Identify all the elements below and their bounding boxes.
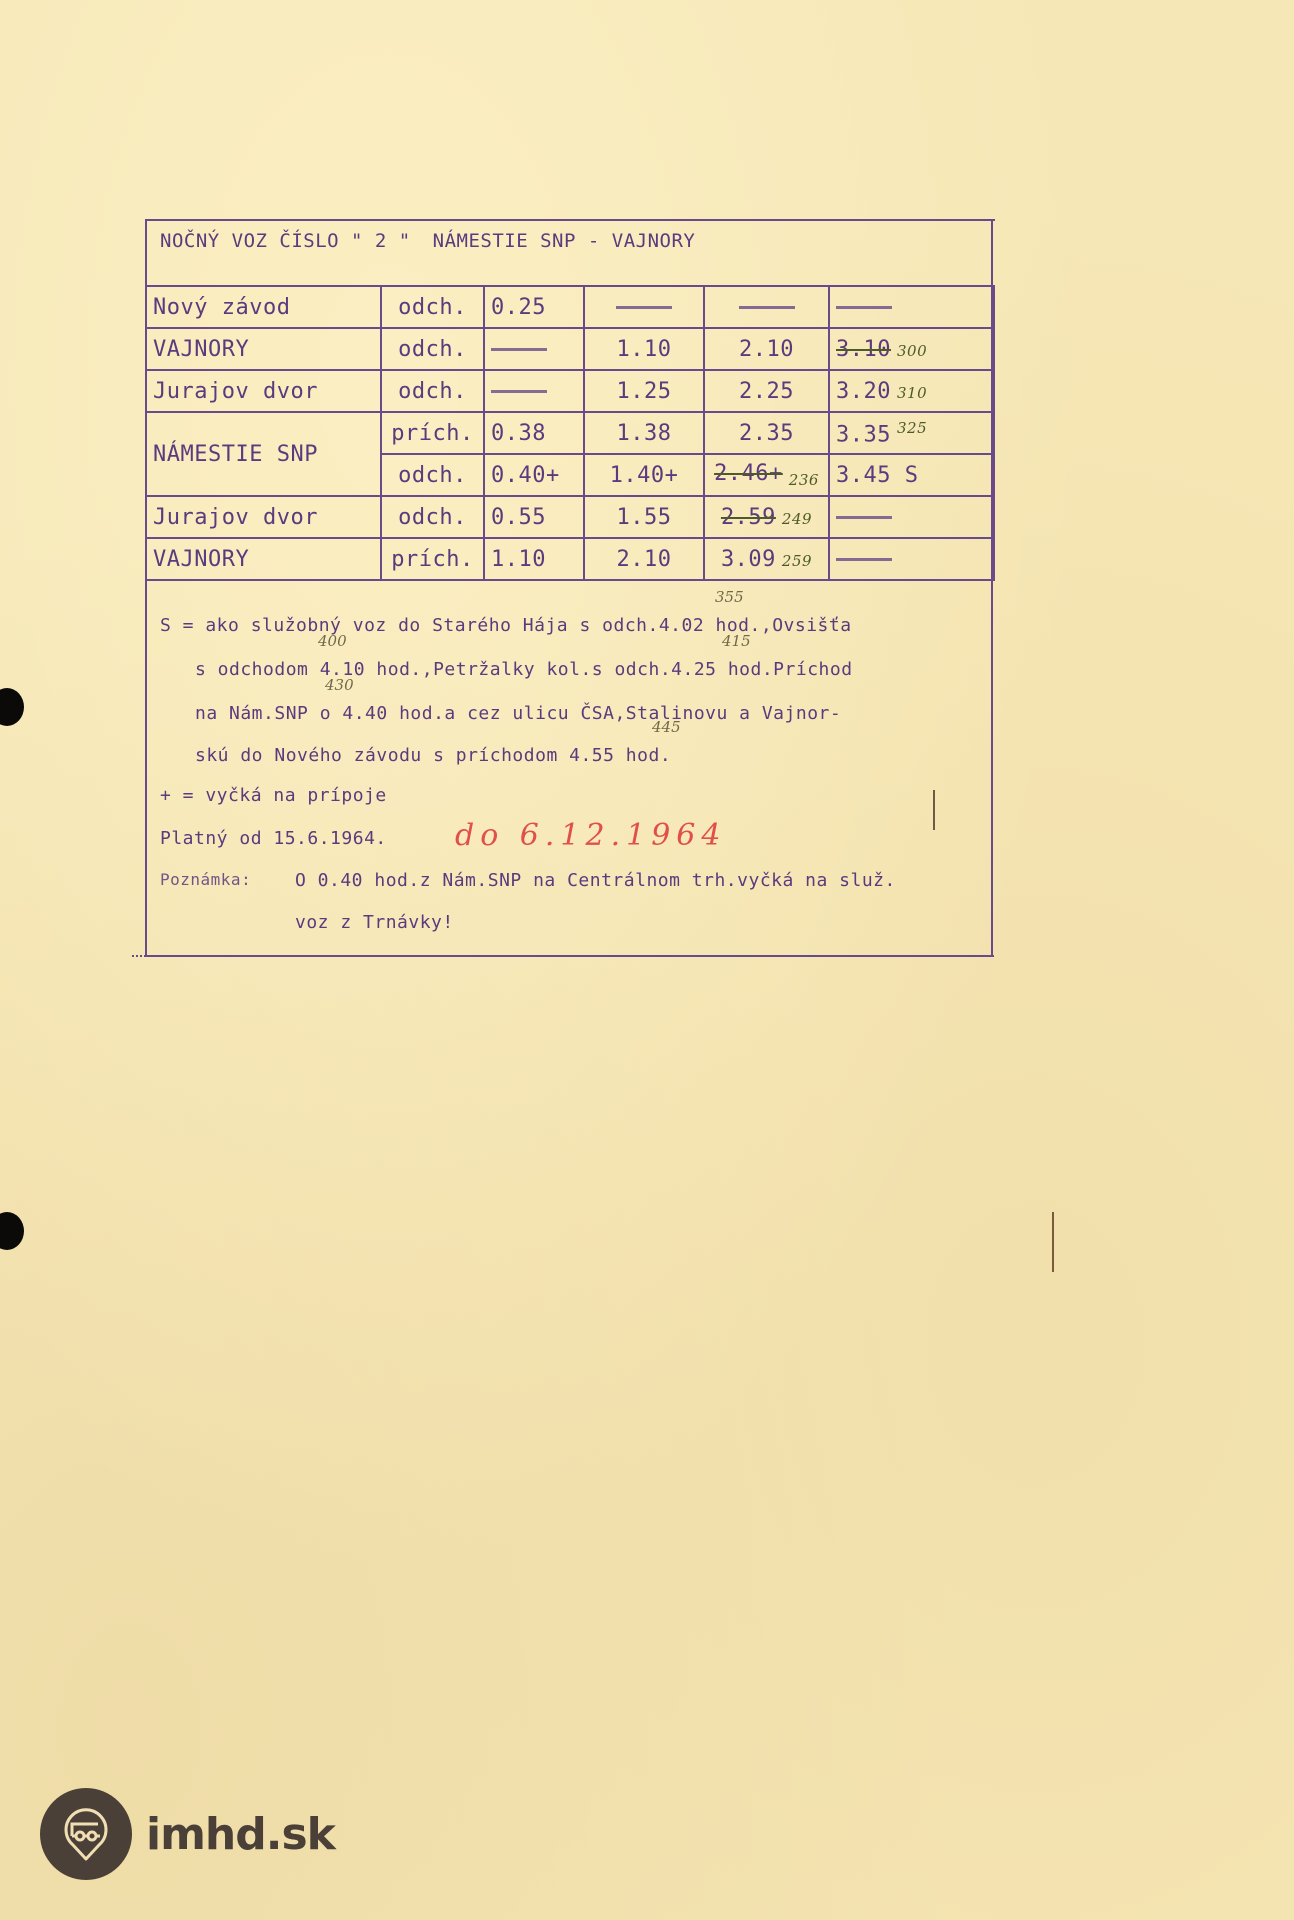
time-cell: 2.25: [704, 370, 829, 412]
time-cell: 1.10: [484, 538, 584, 580]
time-cell: 1.40+: [584, 454, 704, 496]
handwritten-correction: 236: [789, 471, 819, 489]
time-cell: 2.10: [704, 328, 829, 370]
stop-type: odch.: [381, 370, 484, 412]
no-service-dash: [491, 348, 547, 351]
time-cell: 2.10: [584, 538, 704, 580]
title-line-number: NOČNÝ VOZ ČÍSLO " 2 ": [160, 230, 411, 252]
pencil-mark: [933, 790, 935, 830]
time-cell: 2.46+236: [704, 454, 829, 496]
time-cell: [484, 370, 584, 412]
time-value: 3.09: [721, 547, 776, 572]
timetable: Nový závod odch. 0.25 VAJNORY odch. 1.10…: [145, 285, 995, 581]
time-cell: 2.35: [704, 412, 829, 454]
time-cell: 3.35325: [829, 412, 994, 454]
frame-top-line: [145, 219, 995, 221]
time-cell: 1.38: [584, 412, 704, 454]
legend-s-line-2: s odchodom 4.10 hod.,Petržalky kol.s odc…: [195, 659, 853, 680]
time-cell: [829, 286, 994, 328]
validity-until-handwritten: do 6.12.1964: [455, 818, 726, 853]
legend-s-line-1: S = ako služobný voz do Starého Hája s o…: [160, 615, 852, 636]
handwritten-correction: 325: [897, 419, 927, 437]
time-cell: 1.25: [584, 370, 704, 412]
time-cell: 0.38: [484, 412, 584, 454]
imhd-logo: imhd.sk: [40, 1788, 335, 1880]
time-cell: [829, 496, 994, 538]
punch-hole: [0, 688, 24, 726]
stop-type: prích.: [381, 412, 484, 454]
handwritten-correction: 249: [782, 510, 812, 528]
no-service-dash: [739, 306, 795, 309]
no-service-dash: [616, 306, 672, 309]
handwritten-annotation: 355: [715, 588, 744, 606]
time-cell: [829, 538, 994, 580]
remark-line-2: voz z Trnávky!: [295, 912, 454, 933]
time-cell: [484, 328, 584, 370]
time-value: 3.20: [836, 379, 891, 404]
legend-s-line-4: skú do Nového závodu s príchodom 4.55 ho…: [195, 745, 671, 766]
time-cell: 0.55: [484, 496, 584, 538]
validity-from: Platný od 15.6.1964.: [160, 828, 387, 849]
table-row: VAJNORY odch. 1.10 2.10 3.10300: [146, 328, 994, 370]
stop-name: Jurajov dvor: [146, 496, 381, 538]
time-cell: [704, 286, 829, 328]
stop-type: odch.: [381, 496, 484, 538]
page-title: NOČNÝ VOZ ČÍSLO " 2 " NÁMESTIE SNP - VAJ…: [160, 230, 705, 252]
table-row: NÁMESTIE SNP prích. 0.38 1.38 2.35 3.353…: [146, 412, 994, 454]
bus-pin-icon: [40, 1788, 132, 1880]
title-route: NÁMESTIE SNP - VAJNORY: [433, 230, 696, 252]
struck-time: 3.10: [836, 337, 891, 362]
time-cell: 1.10: [584, 328, 704, 370]
time-cell: 3.09259: [704, 538, 829, 580]
stop-type: odch.: [381, 328, 484, 370]
time-cell: 1.55: [584, 496, 704, 538]
time-cell: 3.10300: [829, 328, 994, 370]
time-value: 3.35: [836, 422, 891, 447]
punch-hole: [0, 1212, 24, 1250]
time-cell: 0.25: [484, 286, 584, 328]
no-service-dash: [836, 516, 892, 519]
stop-type: prích.: [381, 538, 484, 580]
no-service-dash: [491, 390, 547, 393]
time-cell: 2.59249: [704, 496, 829, 538]
logo-wordmark: imhd.sk: [146, 1809, 335, 1860]
handwritten-correction: 310: [897, 384, 927, 402]
handwritten-correction: 259: [782, 552, 812, 570]
legend-plus: + = vyčká na prípoje: [160, 785, 387, 806]
remark-line-1: O 0.40 hod.z Nám.SNP na Centrálnom trh.v…: [295, 870, 896, 891]
time-cell: 0.40+: [484, 454, 584, 496]
stop-name: VAJNORY: [146, 538, 381, 580]
table-row: Nový závod odch. 0.25: [146, 286, 994, 328]
time-cell: [584, 286, 704, 328]
struck-time: 2.59: [721, 505, 776, 530]
remark-label: Poznámka:: [160, 870, 251, 889]
stop-name: VAJNORY: [146, 328, 381, 370]
stop-type: odch.: [381, 286, 484, 328]
frame-bottom-line: [132, 955, 994, 957]
time-cell: 3.45 S: [829, 454, 994, 496]
pencil-mark: [1052, 1212, 1054, 1272]
stop-type: odch.: [381, 454, 484, 496]
table-row: Jurajov dvor odch. 1.25 2.25 3.20310: [146, 370, 994, 412]
no-service-dash: [836, 306, 892, 309]
handwritten-correction: 300: [897, 342, 927, 360]
bus-pin-icon: [55, 1803, 117, 1865]
no-service-dash: [836, 558, 892, 561]
struck-time: 2.46+: [714, 461, 783, 486]
stop-name: Nový závod: [146, 286, 381, 328]
legend-s-line-3: na Nám.SNP o 4.40 hod.a cez ulicu ČSA,St…: [195, 703, 841, 724]
table-row: VAJNORY prích. 1.10 2.10 3.09259: [146, 538, 994, 580]
time-cell: 3.20310: [829, 370, 994, 412]
table-row: Jurajov dvor odch. 0.55 1.55 2.59249: [146, 496, 994, 538]
stop-name: Jurajov dvor: [146, 370, 381, 412]
stop-name: NÁMESTIE SNP: [146, 412, 381, 496]
